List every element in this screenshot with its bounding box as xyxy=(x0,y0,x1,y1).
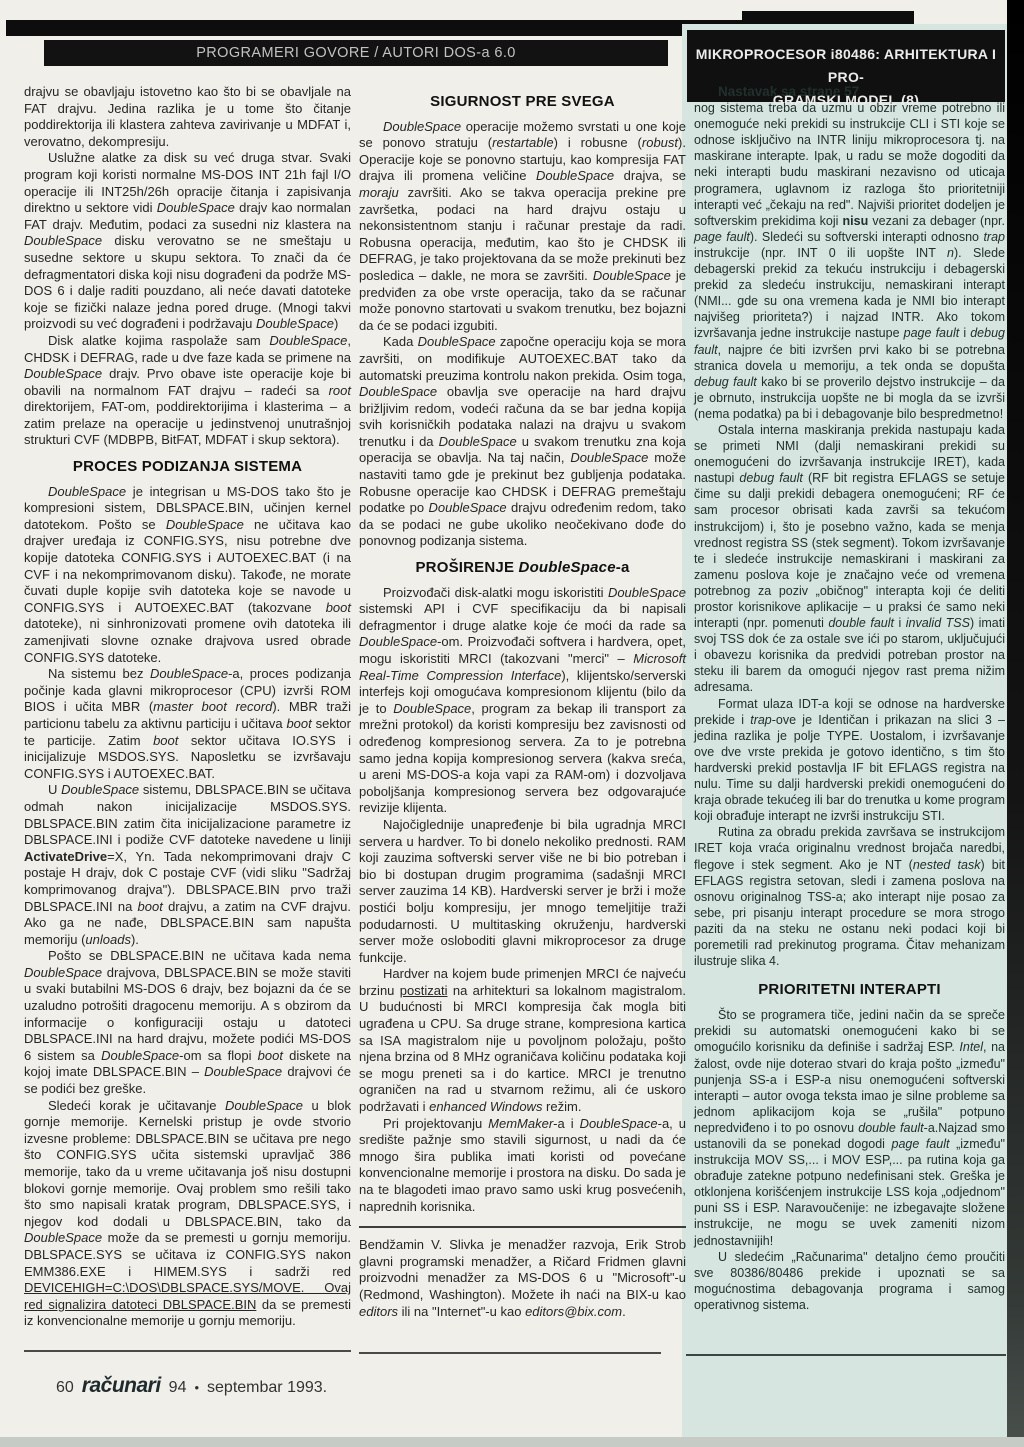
right-article-header-line1: MIKROPROCESOR i80486: ARHITEKTURA I PRO- xyxy=(687,43,1005,89)
paragraph: Što se programera tiče, jedini način da … xyxy=(694,1007,1005,1248)
paragraph: Ostala interna maskiranja prekida nastup… xyxy=(694,422,1005,696)
continued-from-notice: Nastavak sa strane 57 xyxy=(694,84,1005,100)
paragraph: drajvu se obavljaju istovetno kao što bi… xyxy=(24,84,351,150)
paragraph: Format ulaza IDT-a koji se odnose na har… xyxy=(694,696,1005,825)
section-heading-sigurnost-pre-svega: SIGURNOST PRE SVEGA xyxy=(359,94,686,111)
footer-bullet: • xyxy=(194,1380,199,1395)
scan-bottom-edge xyxy=(0,1437,1024,1447)
paragraph: Sledeći korak je učitavanje DoubleSpace … xyxy=(24,1098,351,1330)
left-article-header: PROGRAMERI GOVORE / AUTORI DOS-a 6.0 xyxy=(44,40,668,66)
paragraph: DoubleSpace operacije možemo svrstati u … xyxy=(359,119,686,335)
scan-edge-blob xyxy=(742,11,914,24)
column-left: drajvu se obavljaju istovetno kao što bi… xyxy=(24,84,351,1330)
section-heading-prosirenje-doublespace: PROŠIRENJE DoubleSpace-a xyxy=(359,560,686,577)
author-note: Bendžamin V. Slivka je menadžer razvoja,… xyxy=(359,1237,686,1320)
issue-number: 94 xyxy=(169,1379,187,1397)
column-right: Nastavak sa strane 57 nog sistema treba … xyxy=(694,84,1005,1313)
paragraph: Najočiglednije unapređenje bi bila ugrad… xyxy=(359,817,686,966)
paragraph: nog sistema treba da uzmu u obzir vreme … xyxy=(694,100,1005,422)
magazine-logo: računari xyxy=(82,1374,161,1398)
page-footer: 60 računari 94 • septembar 1993. xyxy=(56,1374,327,1398)
paragraph: Proizvođači disk-alatki mogu iskoristiti… xyxy=(359,585,686,817)
end-rule-right-column xyxy=(686,1354,1006,1356)
section-heading-proces-podizanja-sistema: PROCES PODIZANJA SISTEMA xyxy=(24,459,351,476)
paragraph: U sledećim „Računarima" detaljno ćemo pr… xyxy=(694,1249,1005,1313)
paragraph: DoubleSpace je integrisan u MS-DOS tako … xyxy=(24,484,351,667)
scan-right-edge xyxy=(1007,0,1024,1447)
end-rule-left-column xyxy=(24,1350,351,1352)
section-heading-prioritetni-interapti: PRIORITETNI INTERAPTI xyxy=(694,982,1005,998)
page-number: 60 xyxy=(56,1379,74,1397)
paragraph: Uslužne alatke za disk su već druga stva… xyxy=(24,150,351,333)
author-note-divider xyxy=(359,1226,686,1228)
paragraph: Kada DoubleSpace započne operaciju koja … xyxy=(359,334,686,550)
paragraph: Pošto se DBLSPACE.BIN ne učitava kada ne… xyxy=(24,948,351,1097)
end-rule-middle-column xyxy=(359,1352,661,1354)
paragraph: Rutina za obradu prekida završava se ins… xyxy=(694,824,1005,969)
paragraph: Hardver na kojem bude primenjen MRCI će … xyxy=(359,966,686,1115)
paragraph: U DoubleSpace sistemu, DBLSPACE.BIN se u… xyxy=(24,782,351,948)
paragraph: Na sistemu bez DoubleSpace-a, proces pod… xyxy=(24,666,351,782)
magazine-page-scan: PROGRAMERI GOVORE / AUTORI DOS-a 6.0 MIK… xyxy=(0,0,1024,1447)
paragraph: Pri projektovanju MemMaker-a i DoubleSpa… xyxy=(359,1116,686,1216)
column-middle: SIGURNOST PRE SVEGA DoubleSpace operacij… xyxy=(359,84,686,1320)
paragraph: Disk alatke kojima raspolaže sam DoubleS… xyxy=(24,333,351,449)
footer-date: septembar 1993. xyxy=(207,1379,327,1397)
left-article-header-text: PROGRAMERI GOVORE / AUTORI DOS-a 6.0 xyxy=(196,45,516,61)
